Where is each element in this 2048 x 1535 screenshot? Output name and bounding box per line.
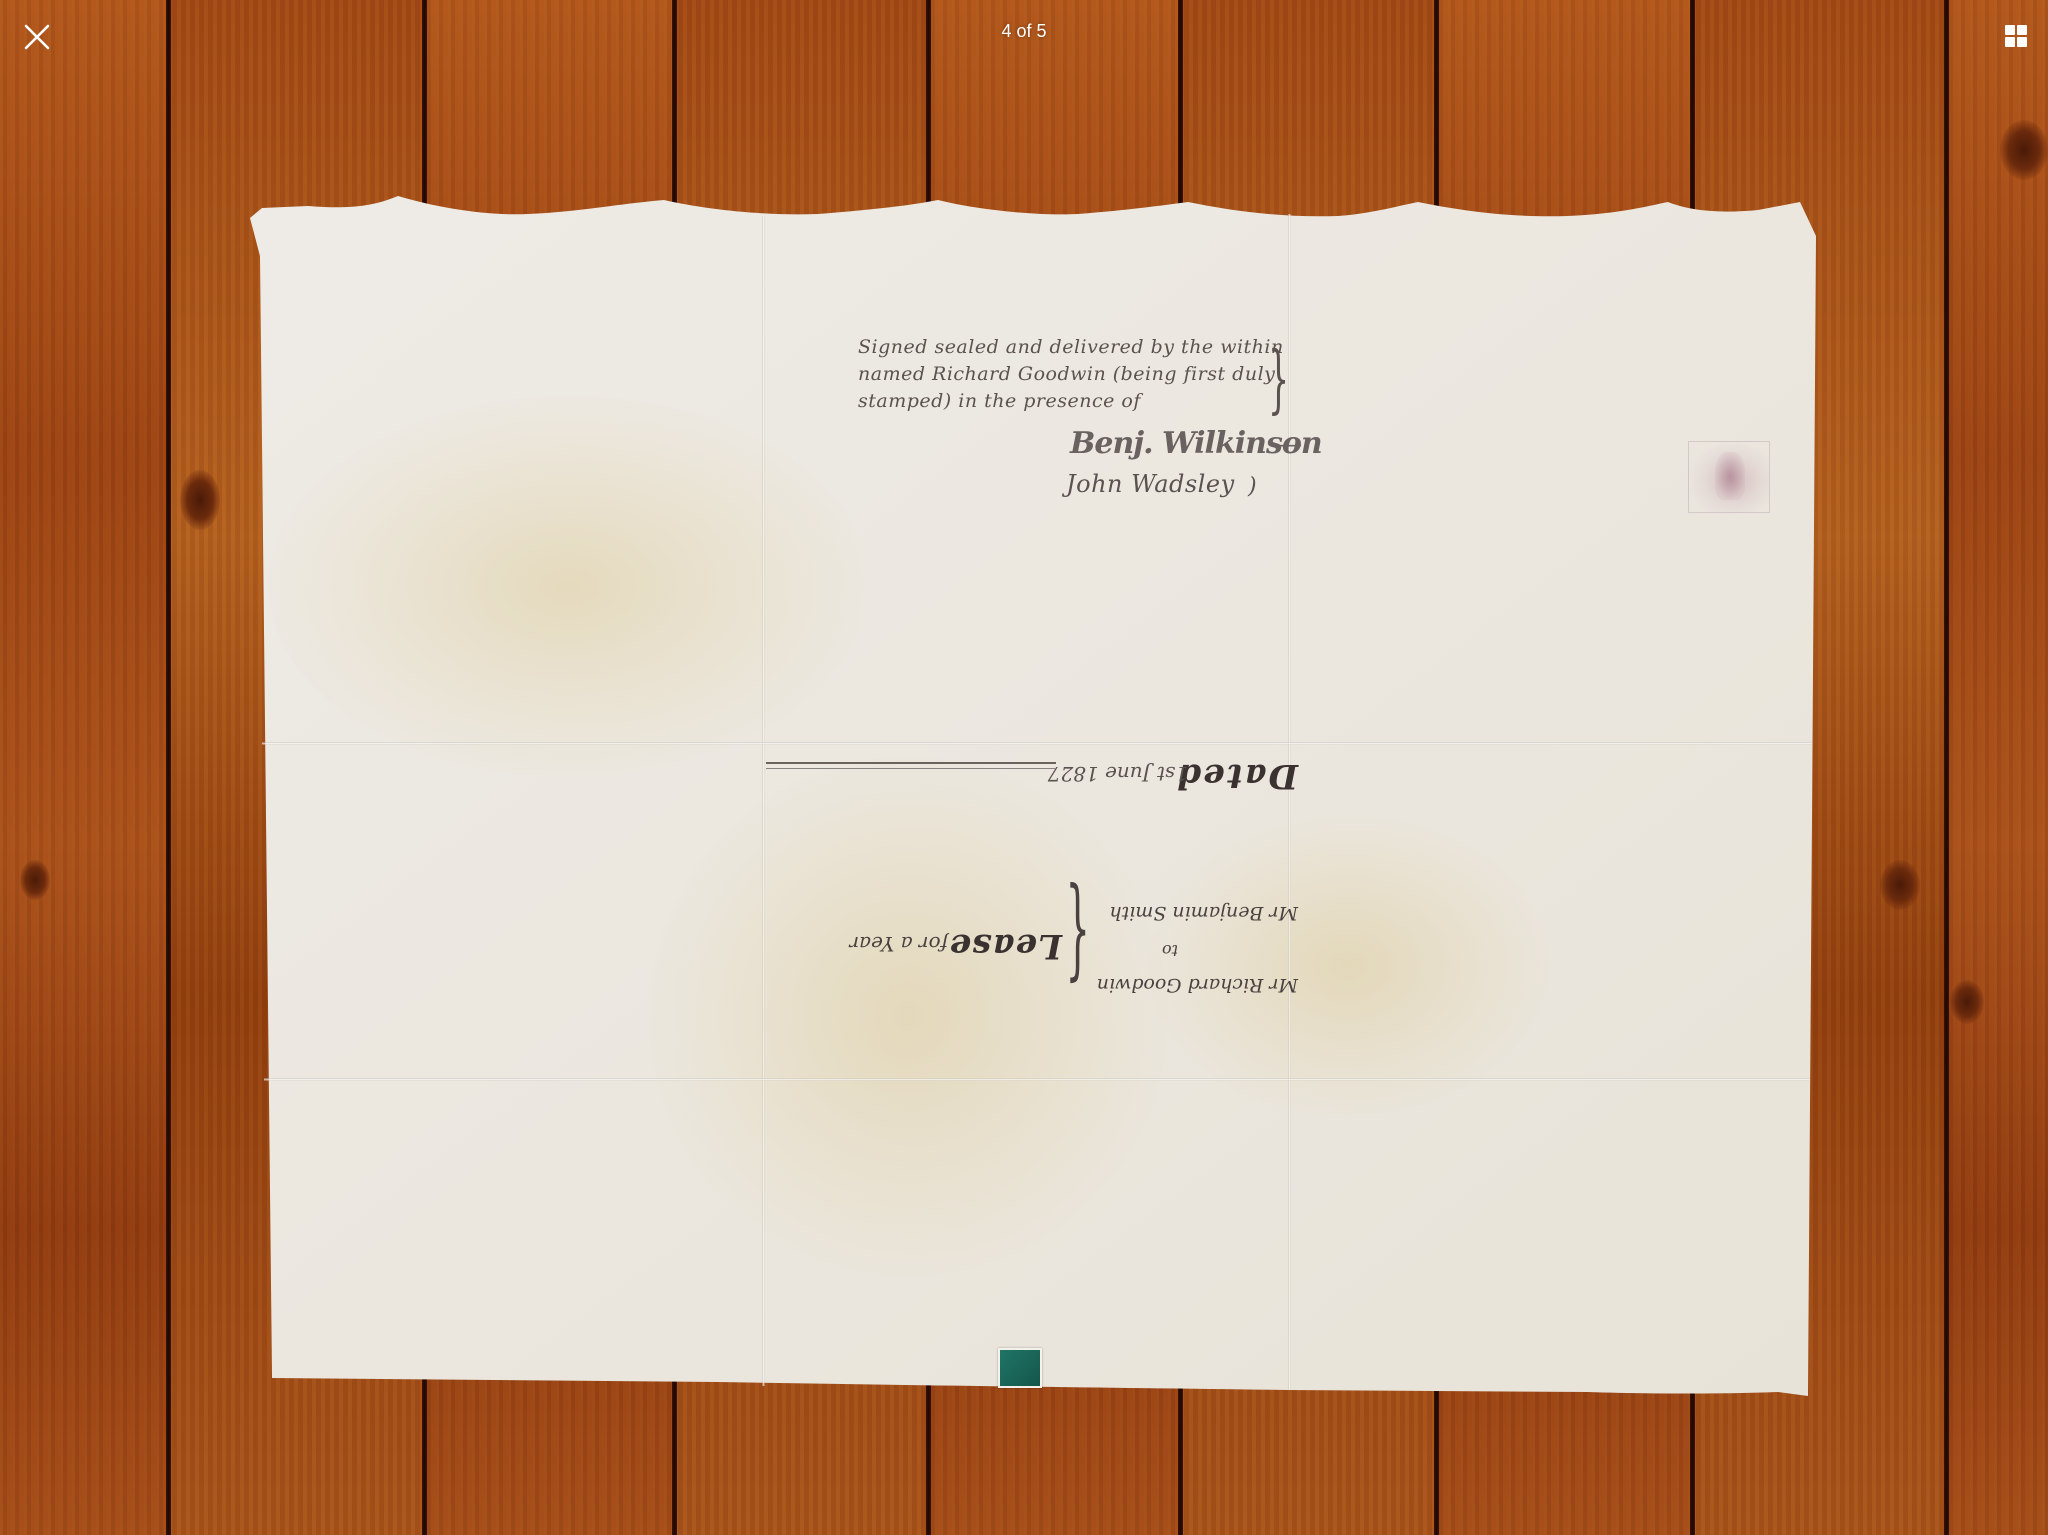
plank-seam	[166, 0, 171, 1535]
wood-plank	[0, 0, 168, 1535]
wood-plank	[1946, 0, 2048, 1535]
attestation-line: named Richard Goodwin (being first duly	[858, 361, 1284, 388]
close-button[interactable]	[14, 14, 60, 60]
lease-term: for a Year	[850, 932, 948, 956]
image-counter: 4 of 5	[924, 21, 1124, 42]
document-title: Lease	[949, 926, 1062, 966]
plank-seam	[1944, 0, 1949, 1535]
brace-mark: }	[1268, 336, 1289, 422]
photo: Signed sealed and delivered by the withi…	[0, 0, 2048, 1535]
party-to: Mr Benjamin Smith	[1109, 902, 1298, 924]
paper-stain	[268, 396, 868, 776]
signature-dash: —	[1278, 430, 1303, 458]
brace-mark: {	[1066, 874, 1091, 1002]
wood-knot	[1880, 860, 1920, 910]
party-from: Mr Richard Goodwin	[1097, 974, 1298, 996]
underline-rule	[766, 762, 1056, 769]
wood-knot	[2000, 120, 2048, 180]
dated-value: 1st June 1827	[1048, 762, 1188, 786]
revenue-stamp	[1688, 441, 1770, 513]
witness-signature: John Wadsley	[1066, 470, 1235, 498]
wood-knot	[1950, 980, 1984, 1024]
to-word: to	[1162, 941, 1178, 960]
wood-knot	[20, 860, 50, 900]
lease-document: Signed sealed and delivered by the withi…	[248, 196, 1818, 1396]
attestation-line: stamped) in the presence of	[858, 388, 1284, 415]
attestation-clause: Signed sealed and delivered by the withi…	[858, 334, 1284, 415]
signature-bracket: )	[1248, 474, 1257, 499]
endorsement-upside-down: Mr Richard Goodwin to Mr Benjamin Smith …	[778, 756, 1298, 996]
close-icon	[23, 23, 51, 51]
grid-view-icon	[2004, 24, 2028, 48]
image-viewer: Signed sealed and delivered by the withi…	[0, 0, 2048, 1535]
grid-view-button[interactable]	[1994, 14, 2038, 58]
attestation-line: Signed sealed and delivered by the withi…	[858, 334, 1284, 361]
green-seal-tab	[998, 1348, 1042, 1388]
wood-knot	[180, 470, 220, 530]
dated-label: Dated	[1175, 756, 1298, 796]
stamp-emblem-icon	[1715, 452, 1745, 500]
